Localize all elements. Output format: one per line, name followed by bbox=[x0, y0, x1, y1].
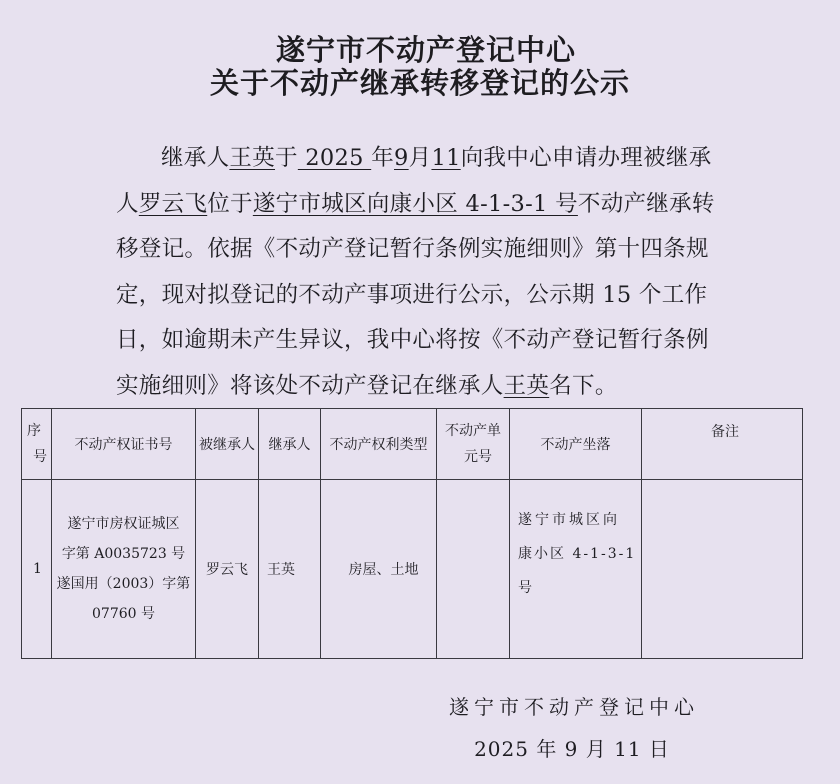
apply-day: 11 bbox=[431, 145, 460, 171]
body-line-1: 继承人王英于 2025 年9月11向我中心申请办理被继承 bbox=[116, 136, 716, 182]
header-remarks: 备注 bbox=[642, 409, 803, 480]
header-right-type: 不动产权利类型 bbox=[321, 409, 437, 480]
cert-no-line: 遂宁市房权证城区 bbox=[52, 509, 195, 539]
location-line: 康小区 4-1-3-1 bbox=[518, 537, 641, 571]
cell-remarks bbox=[642, 480, 803, 659]
table-header-row: 序 号 不动产权证书号 被继承人 继承人 不动产权利类型 不动产单 元号 不动产… bbox=[22, 409, 803, 480]
notice-body: 继承人王英于 2025 年9月11向我中心申请办理被继承 人罗云飞位于遂宁市城区… bbox=[116, 136, 716, 409]
body-line-4: 定，现对拟登记的不动产事项进行公示，公示期 15 个工作 bbox=[116, 273, 716, 319]
header-location: 不动产坐落 bbox=[510, 409, 642, 480]
inheritance-table: 序 号 不动产权证书号 被继承人 继承人 不动产权利类型 不动产单 元号 不动产… bbox=[21, 408, 803, 659]
header-decedent: 被继承人 bbox=[196, 409, 259, 480]
body-line-5: 日，如逾期未产生异议，我中心将按《不动产登记暂行条例 bbox=[116, 318, 716, 364]
heir-name: 王英 bbox=[504, 373, 550, 399]
document-title-line2: 关于不动产继承转移登记的公示 bbox=[0, 61, 840, 102]
cell-unit-no bbox=[437, 480, 510, 659]
issue-date: 2025 年 9 月 11 日 bbox=[412, 733, 732, 762]
property-address: 遂宁市城区向康小区 4-1-3-1 号 bbox=[253, 191, 578, 217]
header-seq-bottom: 号 bbox=[22, 444, 51, 470]
body-text-fragment: 月 bbox=[409, 145, 432, 171]
table-row: 1 遂宁市房权证城区 字第 A0035723 号 遂国用（2003）字第 077… bbox=[22, 480, 803, 659]
body-line-3: 移登记。依据《不动产登记暂行条例实施细则》第十四条规 bbox=[116, 227, 716, 273]
cell-seq: 1 bbox=[22, 480, 52, 659]
cert-no-line: 遂国用（2003）字第 bbox=[52, 569, 195, 599]
body-text-fragment: 继承人 bbox=[161, 145, 229, 171]
body-text-fragment: 人 bbox=[116, 191, 139, 217]
header-cert-no: 不动产权证书号 bbox=[52, 409, 196, 480]
body-text-fragment: 实施细则》将该处不动产登记在继承人 bbox=[116, 373, 504, 399]
apply-year: 2025 bbox=[298, 145, 371, 171]
body-text-fragment: 位于 bbox=[207, 191, 253, 217]
location-line: 遂宁市城区向 bbox=[518, 503, 641, 537]
header-unit-no-top: 不动产单 bbox=[437, 418, 509, 444]
body-text-fragment: 向我中心申请办理被继承 bbox=[461, 145, 712, 171]
cell-heir: 王英 bbox=[259, 480, 321, 659]
body-text-fragment: 名下。 bbox=[549, 373, 617, 399]
cell-cert-no: 遂宁市房权证城区 字第 A0035723 号 遂国用（2003）字第 07760… bbox=[52, 480, 196, 659]
body-text-fragment: 年 bbox=[371, 145, 394, 171]
cell-location: 遂宁市城区向 康小区 4-1-3-1 号 bbox=[510, 480, 642, 659]
heir-name: 王英 bbox=[229, 145, 275, 171]
cell-right-type: 房屋、土地 bbox=[321, 480, 437, 659]
apply-month: 9 bbox=[394, 145, 409, 171]
body-line-6: 实施细则》将该处不动产登记在继承人王英名下。 bbox=[116, 364, 716, 410]
body-line-2: 人罗云飞位于遂宁市城区向康小区 4-1-3-1 号不动产继承转 bbox=[116, 182, 716, 228]
body-text-fragment: 于 bbox=[275, 145, 298, 171]
issuing-organization: 遂宁市不动产登记中心 bbox=[414, 691, 734, 720]
body-text-fragment: 不动产继承转 bbox=[578, 191, 715, 217]
decedent-name: 罗云飞 bbox=[139, 191, 207, 217]
header-heir: 继承人 bbox=[259, 409, 321, 480]
cert-no-line: 07760 号 bbox=[52, 599, 195, 629]
header-unit-no-bottom: 元号 bbox=[437, 444, 509, 470]
header-seq-top: 序 bbox=[22, 418, 51, 444]
header-unit-no: 不动产单 元号 bbox=[437, 409, 510, 480]
cert-no-line: 字第 A0035723 号 bbox=[52, 539, 195, 569]
location-line: 号 bbox=[518, 571, 641, 605]
header-seq: 序 号 bbox=[22, 409, 52, 480]
cell-decedent: 罗云飞 bbox=[196, 480, 259, 659]
